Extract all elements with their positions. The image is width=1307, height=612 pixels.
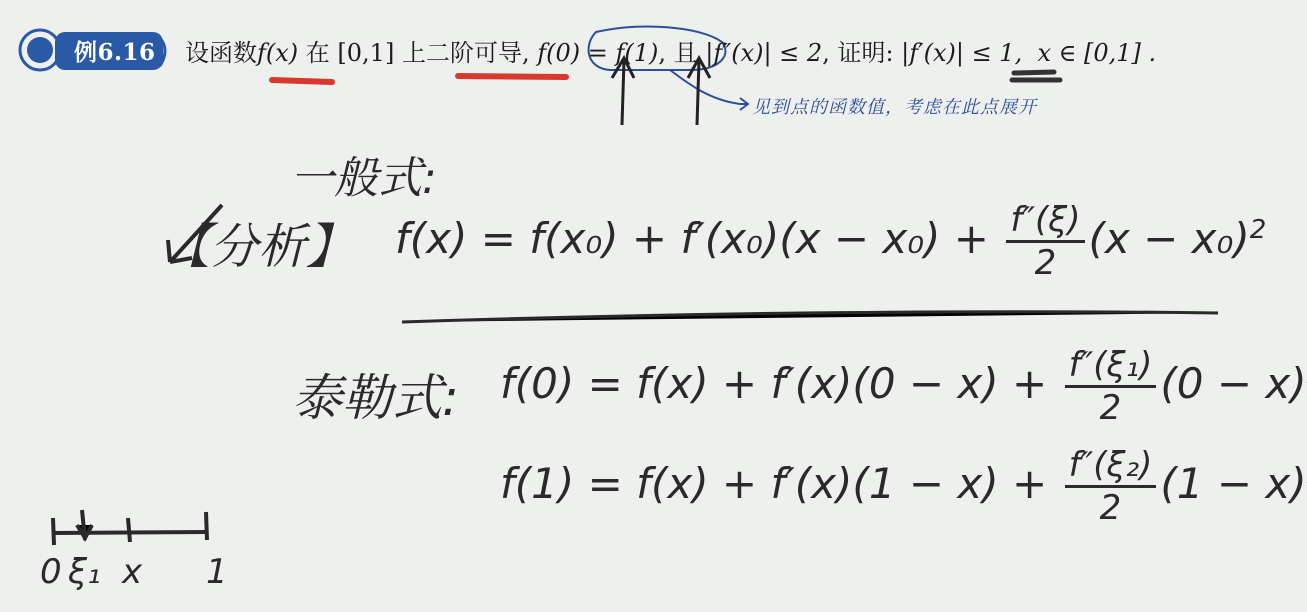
formula-lhs: f(0) = f(x) + f′(x)(0 − x) +: [500, 359, 1047, 408]
second-derivative-bound: |f″(x)| ≤ 2: [705, 39, 822, 67]
example-badge: 例6.16: [12, 30, 172, 70]
underline-second-order: [458, 76, 566, 77]
label-x: x: [122, 552, 142, 592]
problem-statement: 设函数f(x) 在 [0,1] 上二阶可导, f(0) = f(1), 且 |f…: [185, 33, 1156, 68]
label-one: 1: [206, 552, 228, 592]
numerator: f″(ξ₁): [1065, 345, 1157, 388]
formula-tail: (0 − x): [1160, 359, 1306, 408]
exponent: 2: [1250, 215, 1267, 245]
taylor-label: 泰勒式:: [292, 358, 459, 430]
goal-inequality: |f′(x)| ≤ 1,: [901, 39, 1022, 67]
denominator: 2: [1065, 488, 1157, 528]
problem-text: 在 [0,1] 上: [306, 39, 426, 67]
numerator: f″(ξ): [1006, 200, 1084, 243]
second-order-differentiable: 二阶可导: [426, 39, 522, 67]
formula-lhs: f(x) = f(x₀) + f′(x₀)(x − x₀) +: [395, 214, 989, 263]
numerator: f″(ξ₂): [1065, 445, 1157, 488]
denominator: 2: [1006, 243, 1084, 283]
problem-text: , 且: [658, 39, 697, 67]
taylor-equation-at-1: f(1) = f(x) + f′(x)(1 − x) + f″(ξ₂)2(1 −…: [500, 445, 1307, 528]
arrow-at-0: [612, 58, 634, 125]
underline-fx: [272, 80, 332, 82]
formula-tail: (1 − x): [1160, 459, 1306, 508]
formula-tail: (x − x₀): [1089, 214, 1250, 263]
number-line: [52, 510, 208, 545]
annotation-note: 见到点的函数值，考虑在此点展开: [752, 93, 1037, 119]
formula-underline: [402, 312, 1218, 322]
fraction: f″(ξ₁)2: [1065, 345, 1157, 428]
formula-lhs: f(1) = f(x) + f′(x)(1 − x) +: [500, 459, 1047, 508]
comma: ,: [522, 39, 530, 67]
label-zero: 0: [40, 552, 62, 592]
analysis-label: 【分析】: [162, 208, 354, 277]
general-form-label: 一般式:: [290, 142, 437, 206]
taylor-equation-at-0: f(0) = f(x) + f′(x)(0 − x) + f″(ξ₁)2(0 −…: [500, 345, 1307, 428]
function-fx: f(x): [257, 39, 298, 67]
fraction: f″(ξ)2: [1006, 200, 1084, 283]
problem-text: 设函数: [185, 39, 257, 67]
double-underline-fprime: [1012, 72, 1060, 80]
label-xi1: ξ₁: [68, 552, 101, 592]
prove-label: , 证明:: [822, 39, 893, 67]
boundary-condition: f(0) = f(1): [537, 39, 658, 67]
domain: x ∈ [0,1] .: [1037, 39, 1156, 67]
denominator: 2: [1065, 388, 1157, 428]
general-taylor-formula: f(x) = f(x₀) + f′(x₀)(x − x₀) + f″(ξ)2(x…: [395, 200, 1266, 283]
fraction: f″(ξ₂)2: [1065, 445, 1157, 528]
example-number: 例6.16: [74, 34, 156, 67]
